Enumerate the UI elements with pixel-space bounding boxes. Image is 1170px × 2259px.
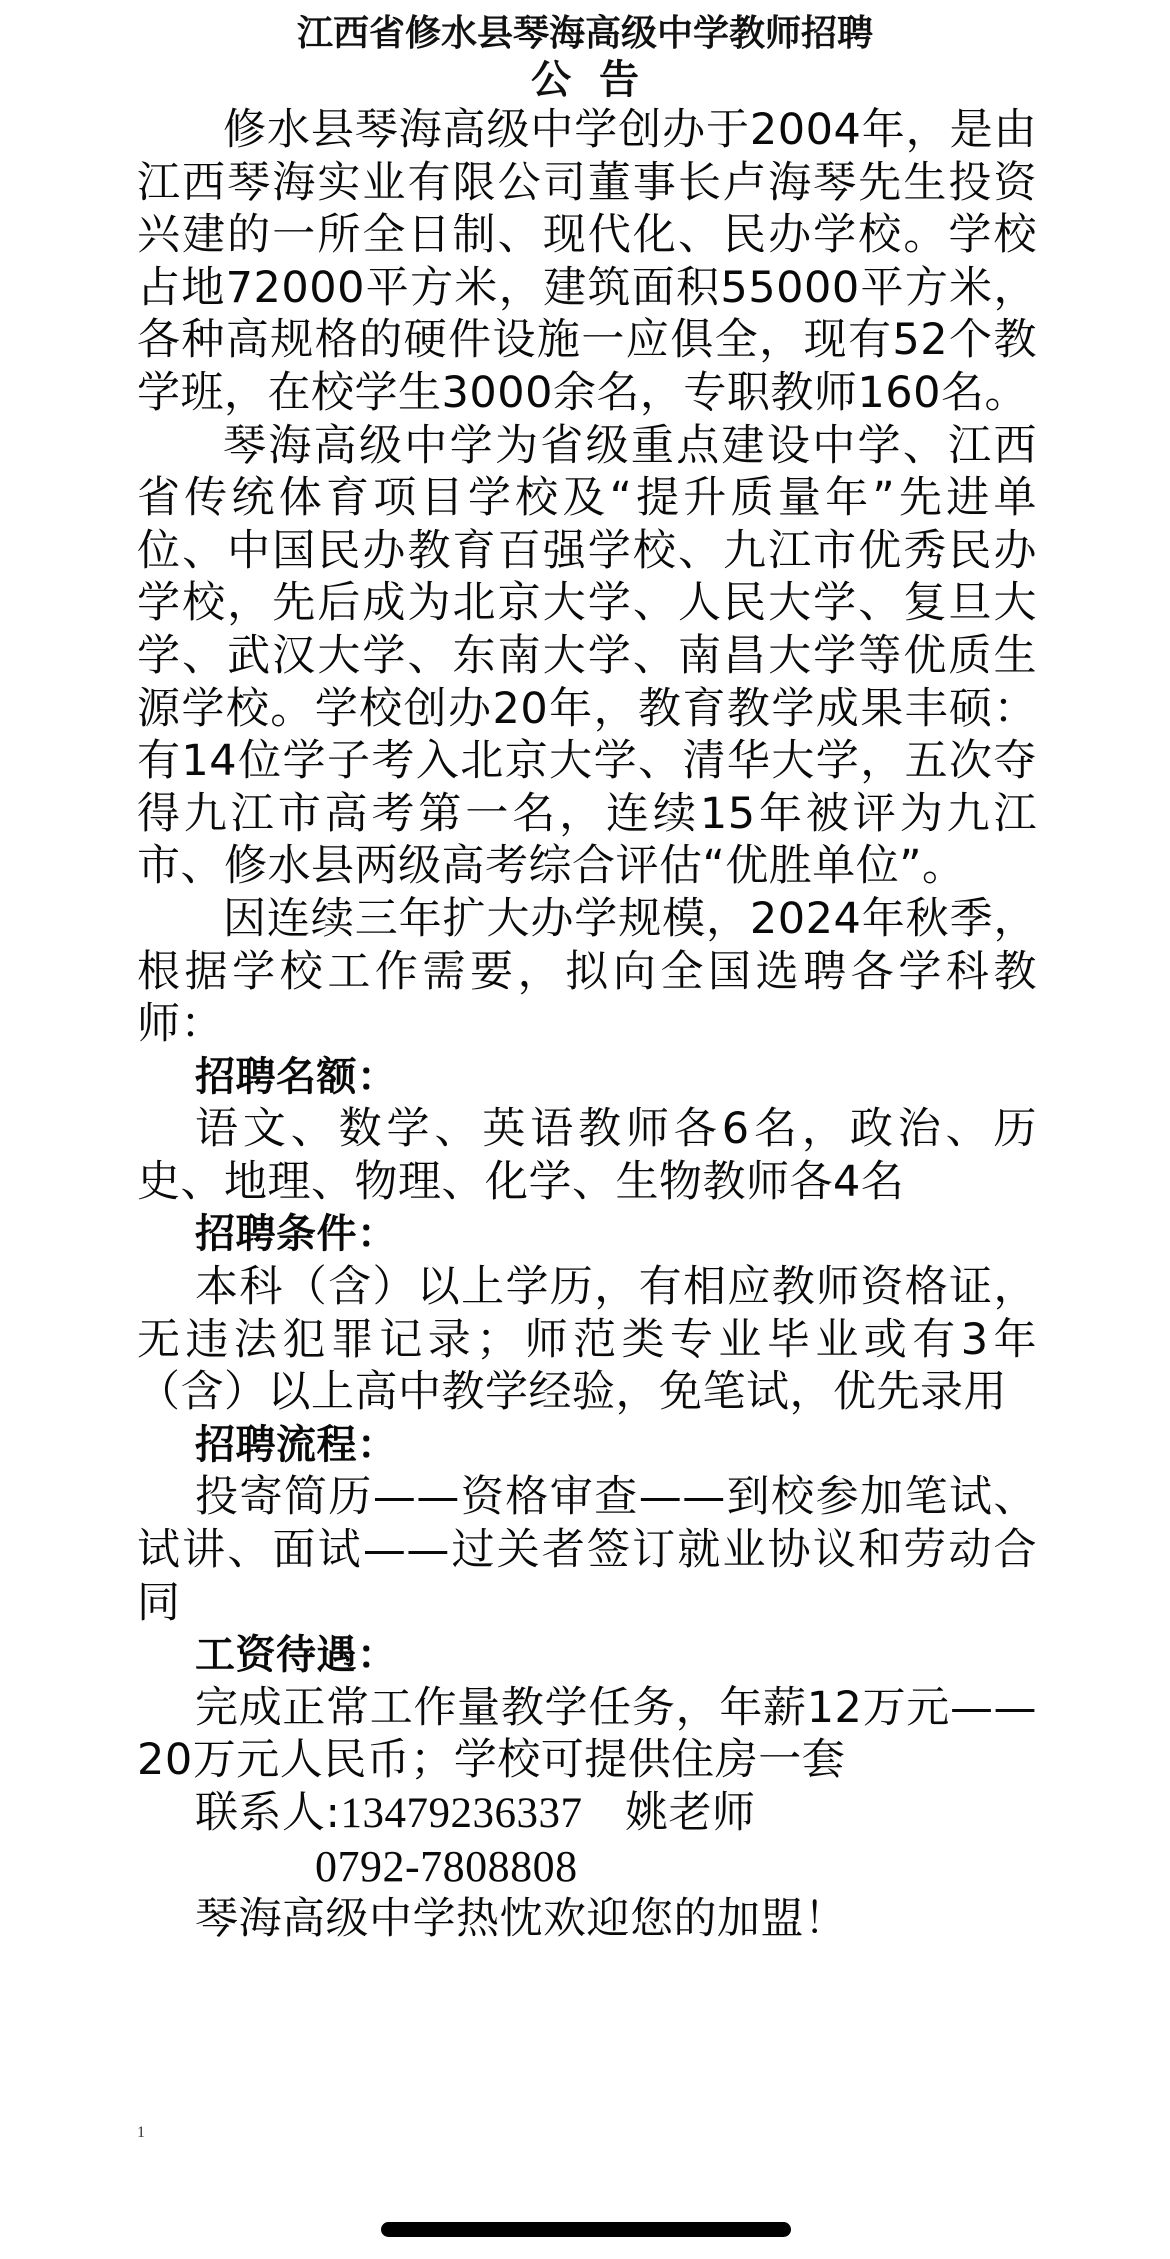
contact-spacer xyxy=(583,1788,626,1838)
contact-line: 联系人:13479236337 姚老师 xyxy=(137,1787,1037,1841)
section-heading-salary: 工资待遇： xyxy=(137,1629,1037,1682)
closing-line: 琴海高级中学热忱欢迎您的加盟！ xyxy=(137,1893,1037,1946)
section-body-salary: 完成正常工作量教学任务，年薪12万元——20万元人民币；学校可提供住房一套 xyxy=(137,1682,1037,1787)
page-number: 1 xyxy=(137,2124,145,2142)
intro-paragraph: 修水县琴海高级中学创办于2004年，是由江西琴海实业有限公司董事长卢海琴先生投资… xyxy=(137,104,1037,420)
contact-mobile: 13479236337 xyxy=(341,1790,583,1837)
recruitment-intro-paragraph: 因连续三年扩大办学规模，2024年秋季，根据学校工作需要，拟向全国选聘各学科教师… xyxy=(137,893,1037,1051)
section-heading-process: 招聘流程： xyxy=(137,1419,1037,1472)
document-page: 江西省修水县琴海高级中学教师招聘 公告 修水县琴海高级中学创办于2004年，是由… xyxy=(0,0,1170,2259)
document-title: 江西省修水县琴海高级中学教师招聘 xyxy=(0,12,1170,56)
home-indicator-bar[interactable] xyxy=(381,2222,791,2237)
honors-paragraph: 琴海高级中学为省级重点建设中学、江西省传统体育项目学校及“提升质量年”先进单位、… xyxy=(137,420,1037,893)
section-heading-quota: 招聘名额： xyxy=(137,1051,1037,1104)
document-body: 修水县琴海高级中学创办于2004年，是由江西琴海实业有限公司董事长卢海琴先生投资… xyxy=(137,104,1037,1946)
section-heading-requirements: 招聘条件： xyxy=(137,1208,1037,1261)
contact-label: 联系人: xyxy=(195,1788,341,1838)
section-body-quota: 语文、数学、英语教师各6名，政治、历史、地理、物理、化学、生物教师各4名 xyxy=(137,1103,1037,1208)
document-subtitle: 公告 xyxy=(0,58,1170,102)
section-body-process: 投寄简历——资格审查——到校参加笔试、试讲、面试——过关者签订就业协议和劳动合同 xyxy=(137,1471,1037,1629)
contact-name: 姚老师 xyxy=(625,1788,756,1838)
section-body-requirements: 本科（含）以上学历，有相应教师资格证，无违法犯罪记录；师范类专业毕业或有3年（含… xyxy=(137,1261,1037,1419)
contact-landline: 0792-7808808 xyxy=(137,1841,1037,1894)
